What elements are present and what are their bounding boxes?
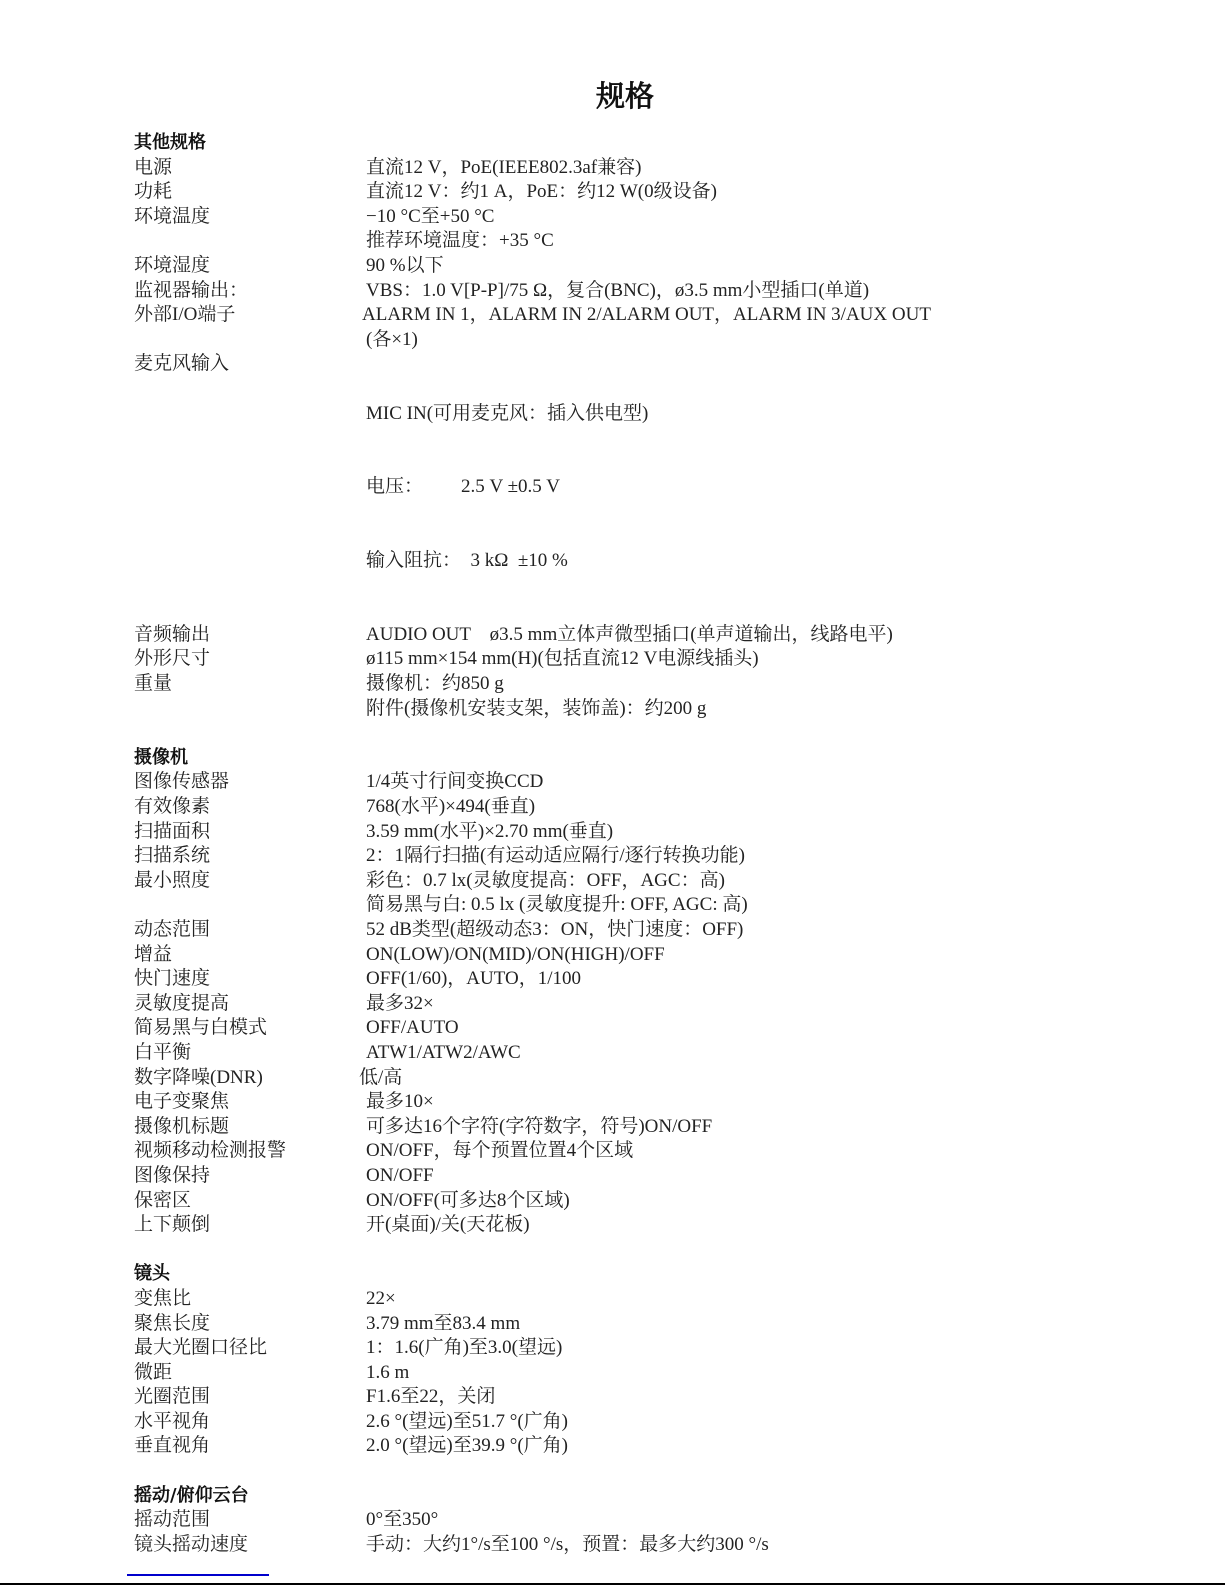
spec-value: 最多32× <box>366 992 434 1017</box>
spec-row-privacy-zone: 保密区 ON/OFF(可多达8个区域) <box>134 1189 1134 1214</box>
spec-label: 视频移动检测报警 <box>134 1139 366 1164</box>
spec-label: 最大光圈口径比 <box>134 1336 366 1361</box>
spec-value: 2.6 °(望远)至51.7 °(广角) <box>366 1410 568 1435</box>
spec-row-white-balance: 白平衡 ATW1/ATW2/AWC <box>134 1041 1134 1066</box>
spec-label: 增益 <box>134 943 366 968</box>
spec-value: ON/OFF <box>366 1164 434 1189</box>
spec-value: 简易黑与白: 0.5 lx (灵敏度提升: OFF, AGC: 高) <box>366 893 748 918</box>
spec-value: 直流12 V：约1 A，PoE：约12 W(0级设备) <box>366 180 717 205</box>
spec-row-macro: 微距 1.6 m <box>134 1361 1134 1386</box>
section-other-specs: 其他规格 电源 直流12 V，PoE(IEEE802.3af兼容) 功耗 直流1… <box>134 131 1134 721</box>
spec-value: MIC IN(可用麦克风：插入供电型) <box>366 402 648 427</box>
spec-label: 上下颠倒 <box>134 1213 366 1238</box>
spec-label: 快门速度 <box>134 967 366 992</box>
spec-label: 外形尺寸 <box>134 647 366 672</box>
spec-row-gain: 增益 ON(LOW)/ON(MID)/ON(HIGH)/OFF <box>134 943 1134 968</box>
spec-value: 手动：大约1°/s至100 °/s，预置：最多大约300 °/s <box>366 1533 769 1558</box>
spec-row-monitor-output: 监视器输出： VBS：1.0 V[P-P]/75 Ω，复合(BNC)，ø3.5 … <box>134 279 1134 304</box>
spec-content: 其他规格 电源 直流12 V，PoE(IEEE802.3af兼容) 功耗 直流1… <box>134 131 1134 1557</box>
spec-row-sensitivity-up: 灵敏度提高 最多32× <box>134 992 1134 1017</box>
spec-row-dimensions: 外形尺寸 ø115 mm×154 mm(H)(包括直流12 V电源线插头) <box>134 647 1134 672</box>
spec-value: 2.0 °(望远)至39.9 °(广角) <box>366 1434 568 1459</box>
spec-value: ON/OFF，每个预置位置4个区域 <box>366 1139 633 1164</box>
spec-label: 电源 <box>134 156 366 181</box>
spec-value: 0°至350° <box>366 1508 438 1533</box>
spec-label: 动态范围 <box>134 918 366 943</box>
section-spacer <box>134 1459 1134 1484</box>
spec-label: 重量 <box>134 672 366 721</box>
spec-label: 扫描系统 <box>134 844 366 869</box>
spec-row-power: 电源 直流12 V，PoE(IEEE802.3af兼容) <box>134 156 1134 181</box>
spec-label: 保密区 <box>134 1189 366 1214</box>
spec-value: 低/高 <box>359 1066 402 1091</box>
spec-label: 摄像机标题 <box>134 1115 366 1140</box>
spec-label: 环境湿度 <box>134 254 366 279</box>
section-camera: 摄像机 图像传感器 1/4英寸行间变换CCD 有效像素 768(水平)×494(… <box>134 746 1134 1238</box>
spec-row-minimum-illumination: 最小照度 彩色：0.7 lx(灵敏度提高：OFF，AGC：高) 简易黑与白: 0… <box>134 869 1134 918</box>
spec-row-scanning-system: 扫描系统 2：1隔行扫描(有运动适应隔行/逐行转换功能) <box>134 844 1134 869</box>
spec-label: 垂直视角 <box>134 1434 366 1459</box>
spec-label: 电子变聚焦 <box>134 1090 366 1115</box>
spec-row-video-motion-detection: 视频移动检测报警 ON/OFF，每个预置位置4个区域 <box>134 1139 1134 1164</box>
spec-label: 功耗 <box>134 180 366 205</box>
spec-label: 监视器输出： <box>134 279 366 304</box>
spec-row-horizontal-view-angle: 水平视角 2.6 °(望远)至51.7 °(广角) <box>134 1410 1134 1435</box>
spec-label: 水平视角 <box>134 1410 366 1435</box>
spec-row-max-aperture-ratio: 最大光圈口径比 1：1.6(广角)至3.0(望远) <box>134 1336 1134 1361</box>
spec-row-shutter-speed: 快门速度 OFF(1/60)，AUTO，1/100 <box>134 967 1134 992</box>
section-heading: 其他规格 <box>134 131 1134 156</box>
spec-value: ø115 mm×154 mm(H)(包括直流12 V电源线插头) <box>366 647 759 672</box>
spec-row-image-hold: 图像保持 ON/OFF <box>134 1164 1134 1189</box>
spec-label: 摇动范围 <box>134 1508 366 1533</box>
spec-value: 1/4英寸行间变换CCD <box>366 770 543 795</box>
spec-value: (各×1) <box>366 328 931 353</box>
spec-value: 3.79 mm至83.4 mm <box>366 1312 520 1337</box>
spec-row-camera-title: 摄像机标题 可多达16个字符(字符数字，符号)ON/OFF <box>134 1115 1134 1140</box>
spec-value: OFF/AUTO <box>366 1016 459 1041</box>
spec-value: ON/OFF(可多达8个区域) <box>366 1189 570 1214</box>
spec-row-dynamic-range: 动态范围 52 dB类型(超级动态3：ON，快门速度：OFF) <box>134 918 1134 943</box>
spec-value: VBS：1.0 V[P-P]/75 Ω，复合(BNC)，ø3.5 mm小型插口(… <box>366 279 869 304</box>
spec-value: 彩色：0.7 lx(灵敏度提高：OFF，AGC：高) <box>366 869 748 894</box>
spec-value: 可多达16个字符(字符数字，符号)ON/OFF <box>366 1115 712 1140</box>
spec-label: 白平衡 <box>134 1041 366 1066</box>
section-spacer <box>134 1238 1134 1263</box>
spec-row-weight: 重量 摄像机：约850 g 附件(摄像机安装支架，装饰盖)：约200 g <box>134 672 1134 721</box>
spec-row-panning-range: 摇动范围 0°至350° <box>134 1508 1134 1533</box>
spec-label: 麦克风输入 <box>134 352 366 623</box>
spec-row-mic-input: 麦克风输入 MIC IN(可用麦克风：插入供电型) 电压： 2.5 V ±0.5… <box>134 352 1134 623</box>
spec-value: 电压： 2.5 V ±0.5 V <box>366 475 648 500</box>
spec-row-iris-range: 光圈范围 F1.6至22，关闭 <box>134 1385 1134 1410</box>
spec-value: OFF(1/60)，AUTO，1/100 <box>366 967 581 992</box>
spec-value: F1.6至22，关闭 <box>366 1385 495 1410</box>
spec-value: 1：1.6(广角)至3.0(望远) <box>366 1336 562 1361</box>
spec-value: ALARM IN 1，ALARM IN 2/ALARM OUT，ALARM IN… <box>362 303 931 328</box>
spec-label: 变焦比 <box>134 1287 366 1312</box>
spec-value: 附件(摄像机安装支架，装饰盖)：约200 g <box>366 697 706 722</box>
spec-value: 2：1隔行扫描(有运动适应隔行/逐行转换功能) <box>366 844 745 869</box>
spec-value: 22× <box>366 1287 396 1312</box>
spec-label: 音频输出 <box>134 623 366 648</box>
spec-label: 聚焦长度 <box>134 1312 366 1337</box>
spec-value: 768(水平)×494(垂直) <box>366 795 535 820</box>
spec-value: 3.59 mm(水平)×2.70 mm(垂直) <box>366 820 613 845</box>
spec-label: 环境温度 <box>134 205 366 254</box>
spec-value: 52 dB类型(超级动态3：ON，快门速度：OFF) <box>366 918 743 943</box>
spec-value: 1.6 m <box>366 1361 409 1386</box>
spec-label: 图像传感器 <box>134 770 366 795</box>
spec-label: 微距 <box>134 1361 366 1386</box>
spec-row-electronic-zoom: 电子变聚焦 最多10× <box>134 1090 1134 1115</box>
spec-label: 扫描面积 <box>134 820 366 845</box>
page-title: 规格 <box>0 74 1225 115</box>
spec-row-ambient-temperature: 环境温度 −10 °C至+50 °C 推荐环境温度：+35 °C <box>134 205 1134 254</box>
spec-value: 90 %以下 <box>366 254 444 279</box>
spec-value: ATW1/ATW2/AWC <box>366 1041 521 1066</box>
spec-label: 灵敏度提高 <box>134 992 366 1017</box>
spec-value: 输入阻抗： 3 kΩ ±10 % <box>366 549 648 574</box>
spec-value: −10 °C至+50 °C <box>366 205 554 230</box>
spec-row-external-io: 外部I/O端子 ALARM IN 1，ALARM IN 2/ALARM OUT，… <box>134 303 1134 352</box>
spec-row-dnr: 数字降噪(DNR) 低/高 <box>134 1066 1134 1091</box>
section-heading: 摇动/俯仰云台 <box>134 1484 1134 1509</box>
spec-label: 最小照度 <box>134 869 366 918</box>
spec-label: 有效像素 <box>134 795 366 820</box>
spec-label: 镜头摇动速度 <box>134 1533 366 1558</box>
spec-row-power-consumption: 功耗 直流12 V：约1 A，PoE：约12 W(0级设备) <box>134 180 1134 205</box>
spec-row-panning-speed: 镜头摇动速度 手动：大约1°/s至100 °/s，预置：最多大约300 °/s <box>134 1533 1134 1558</box>
spec-value: AUDIO OUT ø3.5 mm立体声微型插口(单声道输出，线路电平) <box>366 623 893 648</box>
footer-link-underline[interactable] <box>127 1574 269 1576</box>
spec-row-focal-length: 聚焦长度 3.79 mm至83.4 mm <box>134 1312 1134 1337</box>
section-spacer <box>134 721 1134 746</box>
spec-label: 图像保持 <box>134 1164 366 1189</box>
section-heading: 镜头 <box>134 1262 1134 1287</box>
spec-label: 外部I/O端子 <box>134 303 366 352</box>
section-pan-tilt: 摇动/俯仰云台 摇动范围 0°至350° 镜头摇动速度 手动：大约1°/s至10… <box>134 1484 1134 1558</box>
spec-row-scanning-area: 扫描面积 3.59 mm(水平)×2.70 mm(垂直) <box>134 820 1134 845</box>
section-heading: 摄像机 <box>134 746 1134 771</box>
spec-value: ON(LOW)/ON(MID)/ON(HIGH)/OFF <box>366 943 665 968</box>
spec-label: 简易黑与白模式 <box>134 1016 366 1041</box>
spec-value: 开(桌面)/关(天花板) <box>366 1213 530 1238</box>
spec-label: 数字降噪(DNR) <box>134 1066 366 1091</box>
spec-row-effective-pixels: 有效像素 768(水平)×494(垂直) <box>134 795 1134 820</box>
spec-value: 推荐环境温度：+35 °C <box>366 229 554 254</box>
spec-label: 光圈范围 <box>134 1385 366 1410</box>
spec-row-zoom-ratio: 变焦比 22× <box>134 1287 1134 1312</box>
spec-value: 摄像机：约850 g <box>366 672 706 697</box>
spec-row-vertical-view-angle: 垂直视角 2.0 °(望远)至39.9 °(广角) <box>134 1434 1134 1459</box>
spec-row-image-sensor: 图像传感器 1/4英寸行间变换CCD <box>134 770 1134 795</box>
spec-row-audio-output: 音频输出 AUDIO OUT ø3.5 mm立体声微型插口(单声道输出，线路电平… <box>134 623 1134 648</box>
spec-value: 最多10× <box>366 1090 434 1115</box>
spec-row-upside-down: 上下颠倒 开(桌面)/关(天花板) <box>134 1213 1134 1238</box>
section-lens: 镜头 变焦比 22× 聚焦长度 3.79 mm至83.4 mm 最大光圈口径比 … <box>134 1262 1134 1459</box>
spec-row-simple-bw-mode: 简易黑与白模式 OFF/AUTO <box>134 1016 1134 1041</box>
spec-value: 直流12 V，PoE(IEEE802.3af兼容) <box>366 156 641 181</box>
spec-row-ambient-humidity: 环境湿度 90 %以下 <box>134 254 1134 279</box>
